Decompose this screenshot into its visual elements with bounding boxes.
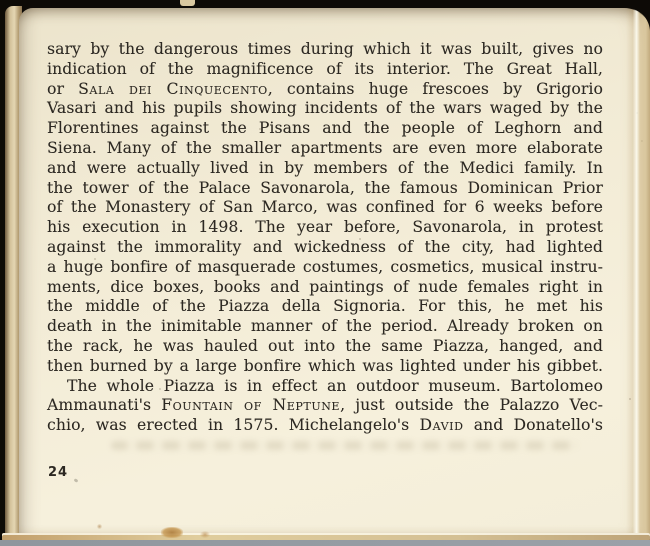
book-page: sary by the dangerous times during which… [19,8,650,537]
text-segment: The whole Piazza is in effect an outdoor… [67,377,603,395]
text-segment: ments, dice boxes, books and paintings o… [47,278,603,296]
text-segment: death in the inimitable manner of the pe… [47,317,603,335]
foxing-stain [200,531,210,538]
text-segment: Vasari and his pupils showing incidents … [47,99,603,117]
text-line: or Sala dei Cinquecento, contains huge f… [47,80,603,100]
page-text-block: sary by the dangerous times during which… [47,40,603,436]
text-segment: of the Monastery of San Marco, was confi… [47,198,603,216]
text-line: sary by the dangerous times during which… [47,40,603,60]
foxing-stain [97,524,102,529]
text-line: ments, dice boxes, books and paintings o… [47,278,603,298]
text-line: death in the inimitable manner of the pe… [47,317,603,337]
text-segment: or [47,80,78,98]
text-line: The whole Piazza is in effect an outdoor… [47,377,603,397]
right-page-edge [626,8,650,537]
text-line: Siena. Many of the smaller apartments ar… [47,139,603,159]
text-segment: , contains huge frescoes by Grigorio [268,80,603,98]
small-caps-term: Fountain of Neptune [161,396,340,414]
foxing-stain [161,527,183,538]
text-segment: the rack, he was hauled out into the sam… [47,337,603,355]
text-line: Florentines against the Pisans and the p… [47,119,603,139]
table-surface [0,540,650,546]
text-segment: sary by the dangerous times during which… [47,40,603,58]
text-line: against the immorality and wickedness of… [47,238,603,258]
text-segment: , just outside the Palazzo Vec- [340,396,603,414]
text-segment: then burned by a large bonfire which was… [47,357,603,375]
show-through-smudge [111,441,579,450]
text-line: his execution in 1498. The year before, … [47,218,603,238]
text-segment: chio, was erected in 1575. Michelangelo'… [47,416,419,434]
text-line: the middle of the Piazza della Signoria.… [47,297,603,317]
page-number: 24 [48,465,68,480]
text-segment: and Donatello's [464,416,604,434]
top-edge-notch [180,0,195,6]
text-line: Ammaunati's Fountain of Neptune, just ou… [47,396,603,416]
text-line: the tower of the Palace Savonarola, the … [47,179,603,199]
ink-speck [74,478,79,483]
text-segment: Ammaunati's [47,396,161,414]
text-line: then burned by a large bonfire which was… [47,357,603,377]
text-line: a huge bonfire of masquerade costumes, c… [47,258,603,278]
text-segment: the middle of the Piazza della Signoria.… [47,297,603,315]
text-line: of the Monastery of San Marco, was confi… [47,198,603,218]
text-segment: Florentines against the Pisans and the p… [47,119,603,137]
text-line: chio, was erected in 1575. Michelangelo'… [47,416,603,436]
small-caps-term: David [419,416,463,434]
text-segment: his execution in 1498. The year before, … [47,218,603,236]
text-segment: Siena. Many of the smaller apartments ar… [47,139,603,157]
text-segment: and were actually lived in by members of… [47,159,603,177]
text-line: Vasari and his pupils showing incidents … [47,99,603,119]
text-segment: a huge bonfire of masquerade costumes, c… [47,258,603,276]
text-line: the rack, he was hauled out into the sam… [47,337,603,357]
text-segment: against the immorality and wickedness of… [47,238,603,256]
text-line: and were actually lived in by members of… [47,159,603,179]
text-line: indication of the magnificence of its in… [47,60,603,80]
text-segment: indication of the magnificence of its in… [47,60,603,78]
book-photo: sary by the dangerous times during which… [0,0,650,546]
text-segment: the tower of the Palace Savonarola, the … [47,179,603,197]
small-caps-term: Sala dei Cinquecento [78,80,268,98]
